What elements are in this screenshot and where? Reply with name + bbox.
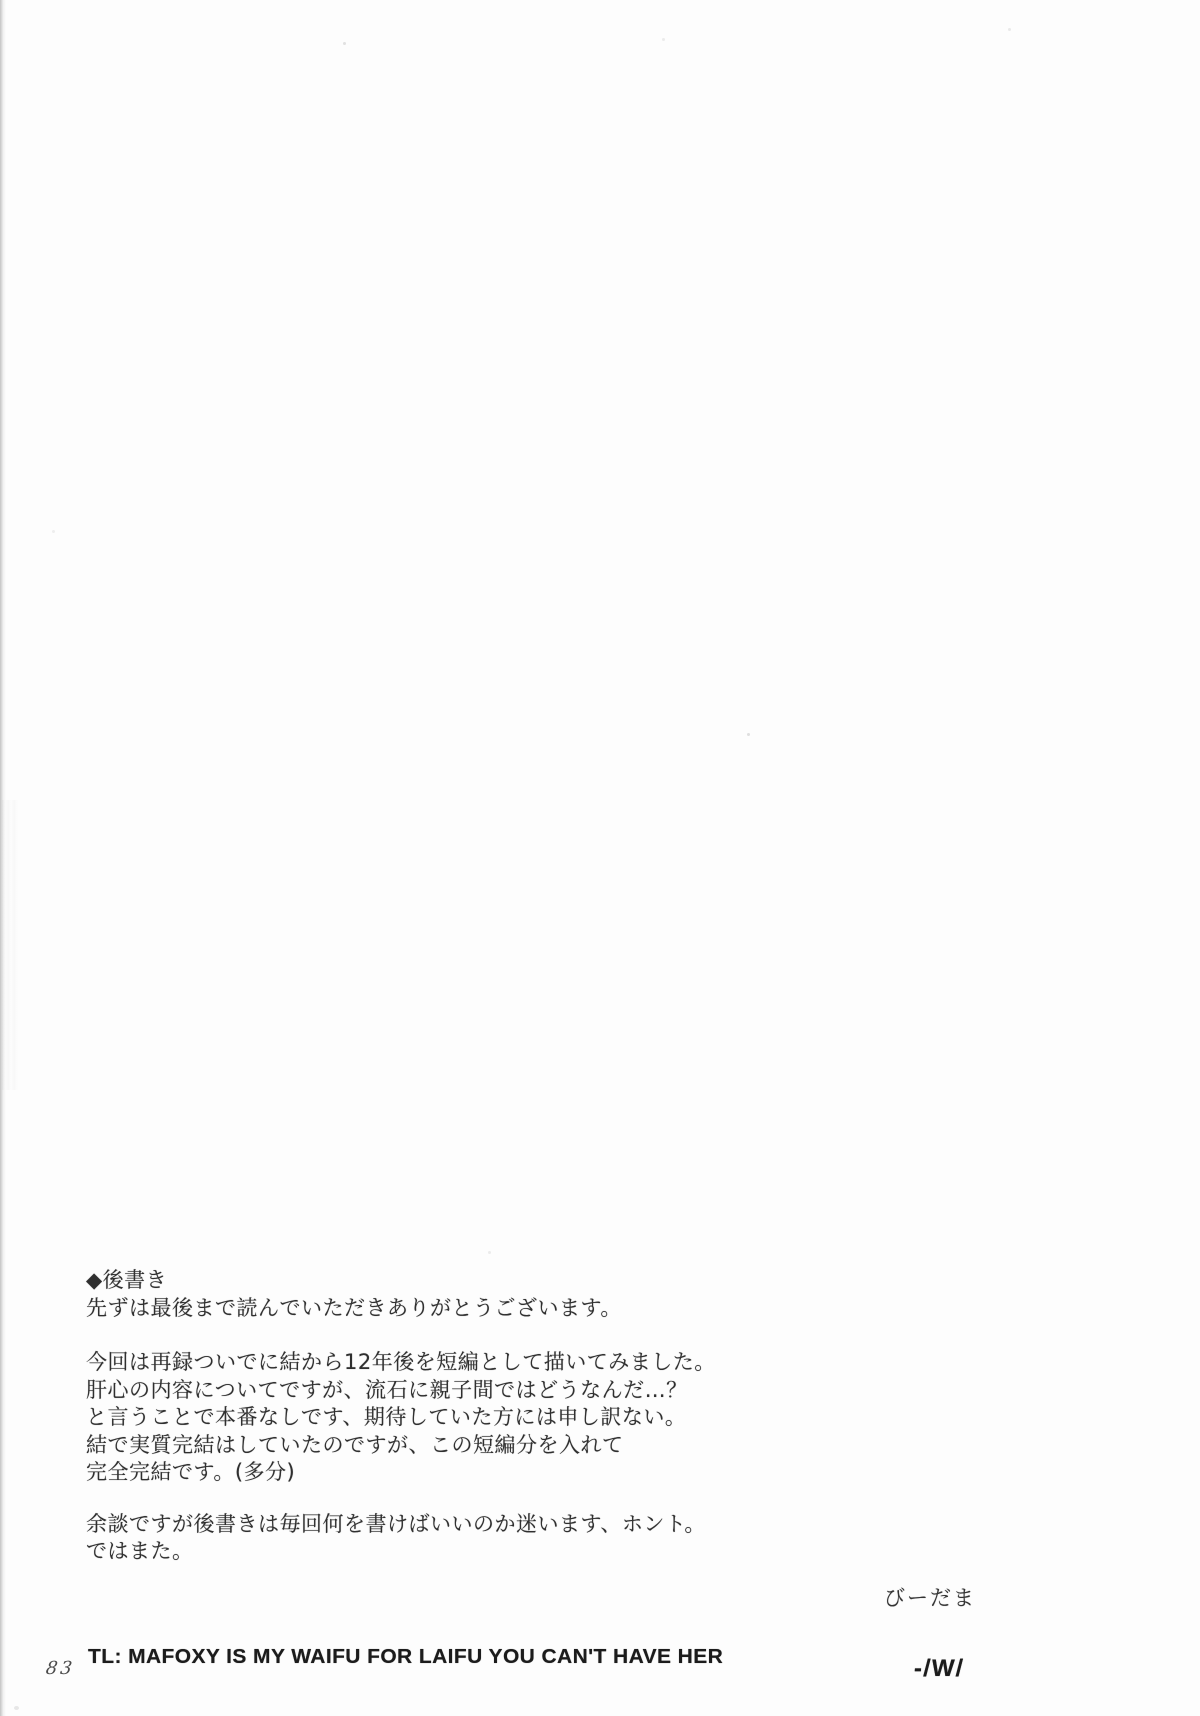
translator-note: TL: MAFOXY IS MY WAIFU FOR LAIFU YOU CAN… — [88, 1643, 723, 1669]
paper-speck — [1008, 28, 1011, 31]
paper-speck — [343, 42, 346, 45]
afterword-line: 肝心の内容についてですが、流石に親子間ではどうなんだ…？ — [86, 1377, 786, 1405]
afterword-paragraph: 今回は再録ついでに結から12年後を短編として描いてみました。 肝心の内容について… — [86, 1349, 786, 1487]
afterword-paragraph: ◆後書き 先ずは最後まで読んでいただきありがとうございます。 — [86, 1267, 786, 1322]
afterword-line: 今回は再録ついでに結から12年後を短編として描いてみました。 — [86, 1349, 786, 1377]
paper-speck — [488, 1251, 491, 1254]
scanner-smudge — [2, 800, 18, 1090]
scanlator-credit: -/W/ — [913, 1655, 965, 1683]
page-number: 83 — [45, 1658, 77, 1679]
scanned-page: ◆後書き 先ずは最後まで読んでいただきありがとうございます。 今回は再録ついでに… — [0, 0, 1200, 1716]
afterword-line: 余談ですが後書きは毎回何を書けばいいのか迷います、ホント。 — [86, 1511, 786, 1539]
afterword-paragraph: 余談ですが後書きは毎回何を書けばいいのか迷います、ホント。 ではまた。 — [86, 1511, 786, 1566]
author-signature: びーだま — [884, 1585, 976, 1612]
paper-speck — [662, 38, 665, 41]
afterword-line: 先ずは最後まで読んでいただきありがとうございます。 — [86, 1295, 786, 1323]
paper-speck — [747, 733, 750, 736]
afterword-line: と言うことで本番なしです、期待していた方には申し訳ない。 — [86, 1404, 786, 1432]
paper-speck — [52, 530, 55, 533]
afterword-line: ではまた。 — [86, 1538, 786, 1566]
afterword-line: 完全完結です。(多分) — [86, 1459, 786, 1487]
afterword-heading: ◆後書き — [86, 1267, 786, 1295]
afterword-text-block: ◆後書き 先ずは最後まで読んでいただきありがとうございます。 今回は再録ついでに… — [86, 1267, 786, 1566]
afterword-line: 結で実質完結はしていたのですが、この短編分を入れて — [86, 1432, 786, 1460]
paper-speck — [14, 1706, 19, 1710]
